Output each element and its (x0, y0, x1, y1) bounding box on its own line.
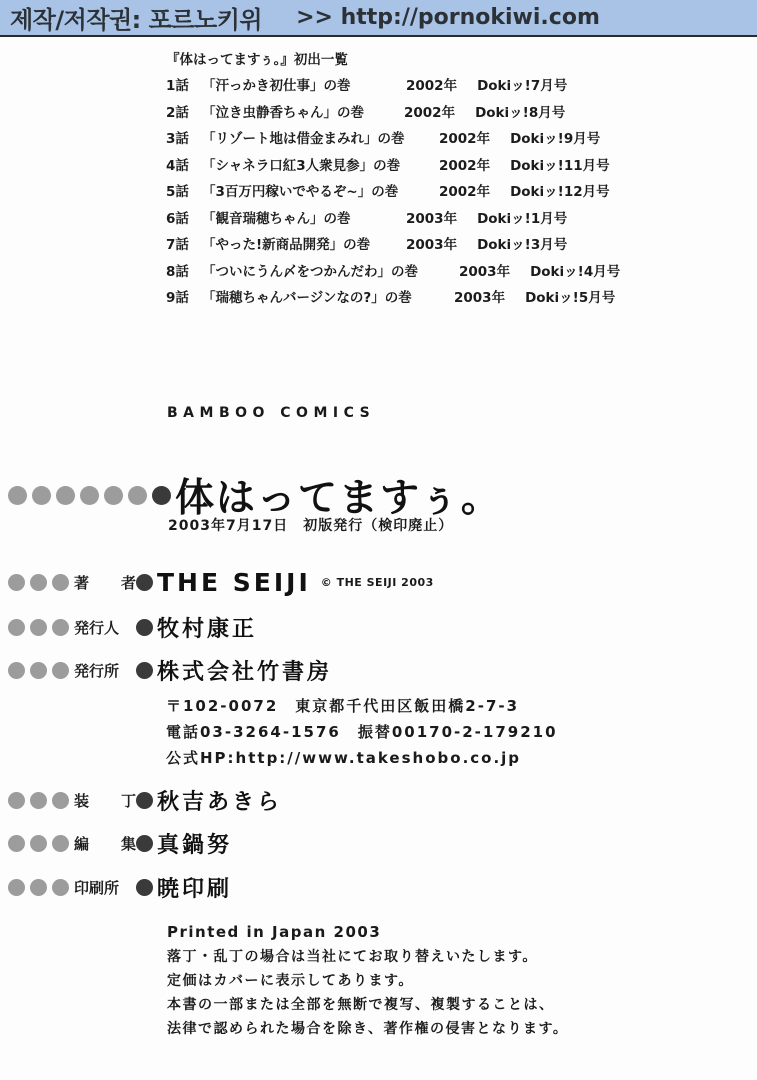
episode-title: 「汗っかき初仕事」の巻 (202, 73, 394, 100)
episode-title: 「瑞穂ちゃんバージンなの?」の巻 (202, 285, 442, 312)
credit-value: 牧村康正 (157, 612, 257, 643)
circle-icon (52, 792, 69, 809)
episode-number: 8話 (166, 259, 202, 286)
first-appearance-list: 『体はってますぅ。』初出一覧 1話 「汗っかき初仕事」の巻 2002年 Doki… (166, 47, 620, 312)
episode-row: 3話 「リゾート地は借金まみれ」の巻 2002年 Dokiッ!9月号 (166, 126, 620, 153)
episode-title: 「リゾート地は借金まみれ」の巻 (202, 126, 427, 153)
episode-title: 「ついにうん〆をつかんだわ」の巻 (202, 259, 447, 286)
footer-line: 法律で認められた場合を除き、著作権の侵害となります。 (167, 1017, 568, 1041)
episode-number: 2話 (166, 100, 202, 127)
circle-icon (8, 486, 27, 505)
episode-row: 1話 「汗っかき初仕事」の巻 2002年 Dokiッ!7月号 (166, 73, 620, 100)
episode-magazine: Dokiッ!1月号 (477, 206, 567, 233)
dot-leader (8, 879, 69, 896)
episode-row: 2話 「泣き虫静香ちゃん」の巻 2002年 Dokiッ!8月号 (166, 100, 620, 127)
circle-icon (52, 574, 69, 591)
circle-icon (32, 486, 51, 505)
episode-magazine: Dokiッ!9月号 (510, 126, 600, 153)
episode-number: 4話 (166, 153, 202, 180)
episode-title: 「シャネラ口紅3人衆見参」の巻 (202, 153, 427, 180)
episode-year: 2002年 (439, 153, 490, 180)
label-part: 著 (74, 572, 89, 593)
credit-value: THE SEIJI (157, 568, 311, 597)
circle-icon (8, 619, 25, 636)
dot-leader (8, 835, 69, 852)
credit-label: 著 者 (74, 572, 136, 593)
circle-icon (136, 662, 153, 679)
label-part: 集 (121, 833, 136, 854)
episode-number: 7話 (166, 232, 202, 259)
episode-title: 「観音瑞穂ちゃん」の巻 (202, 206, 394, 233)
circle-icon (136, 879, 153, 896)
episode-year: 2002年 (404, 100, 455, 127)
circle-icon (8, 835, 25, 852)
publication-date: 2003年7月17日 初版発行（検印廃止） (168, 515, 453, 535)
circle-icon (104, 486, 123, 505)
postal-address: 〒102-0072 東京都千代田区飯田橋2-7-3 (166, 693, 558, 719)
episode-magazine: Dokiッ!12月号 (510, 179, 610, 206)
footer-line: 落丁・乱丁の場合は当社にてお取り替えいたします。 (167, 945, 568, 969)
circle-icon (136, 574, 153, 591)
footer-line: 本書の一部または全部を無断で複写、複製することは、 (167, 993, 568, 1017)
episode-year: 2003年 (406, 232, 457, 259)
label-part: 者 (121, 572, 136, 593)
episode-magazine: Dokiッ!4月号 (530, 259, 620, 286)
episode-year: 2003年 (454, 285, 505, 312)
publisher-address: 〒102-0072 東京都千代田区飯田橋2-7-3 電話03-3264-1576… (166, 693, 558, 771)
credit-publisher-company: 発行所 株式会社竹書房 (8, 655, 332, 686)
credit-design: 装 丁 秋吉あきら (8, 785, 282, 816)
episode-year: 2002年 (439, 179, 490, 206)
copyright-notice: © THE SEIJI 2003 (321, 576, 434, 589)
episode-title: 「3百万円稼いでやるぞ~」の巻 (202, 179, 427, 206)
circle-icon (8, 574, 25, 591)
episode-year: 2002年 (406, 73, 457, 100)
episode-row: 6話 「観音瑞穂ちゃん」の巻 2003年 Dokiッ!1月号 (166, 206, 620, 233)
website-link[interactable]: 公式HP:http://www.takeshobo.co.jp (166, 745, 558, 771)
episode-row: 4話 「シャネラ口紅3人衆見参」の巻 2002年 Dokiッ!11月号 (166, 153, 620, 180)
dot-leader (8, 662, 69, 679)
circle-icon (52, 619, 69, 636)
credit-value: 真鍋努 (157, 828, 232, 859)
circle-icon (152, 486, 171, 505)
label-part: 発行人 (74, 617, 119, 638)
watermark-banner: 제작/저작권: 포르노키위 >> http://pornokiwi.com (0, 0, 757, 37)
episode-magazine: Dokiッ!5月号 (525, 285, 615, 312)
dot-leader (8, 619, 69, 636)
circle-icon (136, 792, 153, 809)
footer-line: 定価はカバーに表示してあります。 (167, 969, 568, 993)
episode-magazine: Dokiッ!8月号 (475, 100, 565, 127)
banner-credit-text: 제작/저작권: 포르노키위 (10, 0, 262, 35)
episode-year: 2002年 (439, 126, 490, 153)
episode-magazine: Dokiッ!7月号 (477, 73, 567, 100)
episode-year: 2003年 (406, 206, 457, 233)
label-part: 丁 (121, 790, 136, 811)
episode-title: 「やった!新商品開発」の巻 (202, 232, 394, 259)
label-part: 印刷所 (74, 877, 119, 898)
circle-icon (8, 792, 25, 809)
credit-label: 印刷所 (74, 877, 136, 898)
credit-label: 編 集 (74, 833, 136, 854)
credit-publisher-person: 発行人 牧村康正 (8, 612, 257, 643)
episode-number: 3話 (166, 126, 202, 153)
circle-icon (128, 486, 147, 505)
episode-number: 9話 (166, 285, 202, 312)
circle-icon (52, 879, 69, 896)
printed-in: Printed in Japan 2003 (167, 920, 568, 945)
series-label: BAMBOO COMICS (167, 405, 375, 421)
credit-label: 装 丁 (74, 790, 136, 811)
episode-number: 1話 (166, 73, 202, 100)
episode-title: 「泣き虫静香ちゃん」の巻 (202, 100, 392, 127)
episode-row: 7話 「やった!新商品開発」の巻 2003年 Dokiッ!3月号 (166, 232, 620, 259)
episode-year: 2003年 (459, 259, 510, 286)
episode-magazine: Dokiッ!3月号 (477, 232, 567, 259)
circle-icon (30, 662, 47, 679)
dot-leader (8, 574, 69, 591)
circle-icon (8, 879, 25, 896)
legal-footer: Printed in Japan 2003 落丁・乱丁の場合は当社にてお取り替え… (167, 920, 568, 1041)
circle-icon (52, 835, 69, 852)
credit-value: 秋吉あきら (157, 785, 282, 816)
dot-leader (8, 486, 171, 505)
credit-label: 発行人 (74, 617, 136, 638)
credit-value: 暁印刷 (157, 872, 232, 903)
credit-value: 株式会社竹書房 (157, 655, 332, 686)
credit-author: 著 者 THE SEIJI © THE SEIJI 2003 (8, 568, 434, 597)
credit-editor: 編 集 真鍋努 (8, 828, 232, 859)
episode-number: 5話 (166, 179, 202, 206)
circle-icon (80, 486, 99, 505)
circle-icon (136, 835, 153, 852)
circle-icon (30, 619, 47, 636)
circle-icon (56, 486, 75, 505)
banner-url-link[interactable]: >> http://pornokiwi.com (296, 5, 600, 30)
label-part: 装 (74, 790, 89, 811)
label-part: 編 (74, 833, 89, 854)
circle-icon (30, 792, 47, 809)
circle-icon (30, 574, 47, 591)
episode-row: 8話 「ついにうん〆をつかんだわ」の巻 2003年 Dokiッ!4月号 (166, 259, 620, 286)
label-part: 発行所 (74, 660, 119, 681)
circle-icon (30, 879, 47, 896)
credit-printer: 印刷所 暁印刷 (8, 872, 232, 903)
episode-magazine: Dokiッ!11月号 (510, 153, 610, 180)
episode-number: 6話 (166, 206, 202, 233)
phone-numbers: 電話03-3264-1576 振替00170-2-179210 (166, 719, 558, 745)
episode-row: 9話 「瑞穂ちゃんバージンなの?」の巻 2003年 Dokiッ!5月号 (166, 285, 620, 312)
circle-icon (136, 619, 153, 636)
circle-icon (8, 662, 25, 679)
episode-row: 5話 「3百万円稼いでやるぞ~」の巻 2002年 Dokiッ!12月号 (166, 179, 620, 206)
credit-label: 発行所 (74, 660, 136, 681)
dot-leader (8, 792, 69, 809)
circle-icon (30, 835, 47, 852)
circle-icon (52, 662, 69, 679)
list-title: 『体はってますぅ。』初出一覧 (166, 47, 620, 73)
